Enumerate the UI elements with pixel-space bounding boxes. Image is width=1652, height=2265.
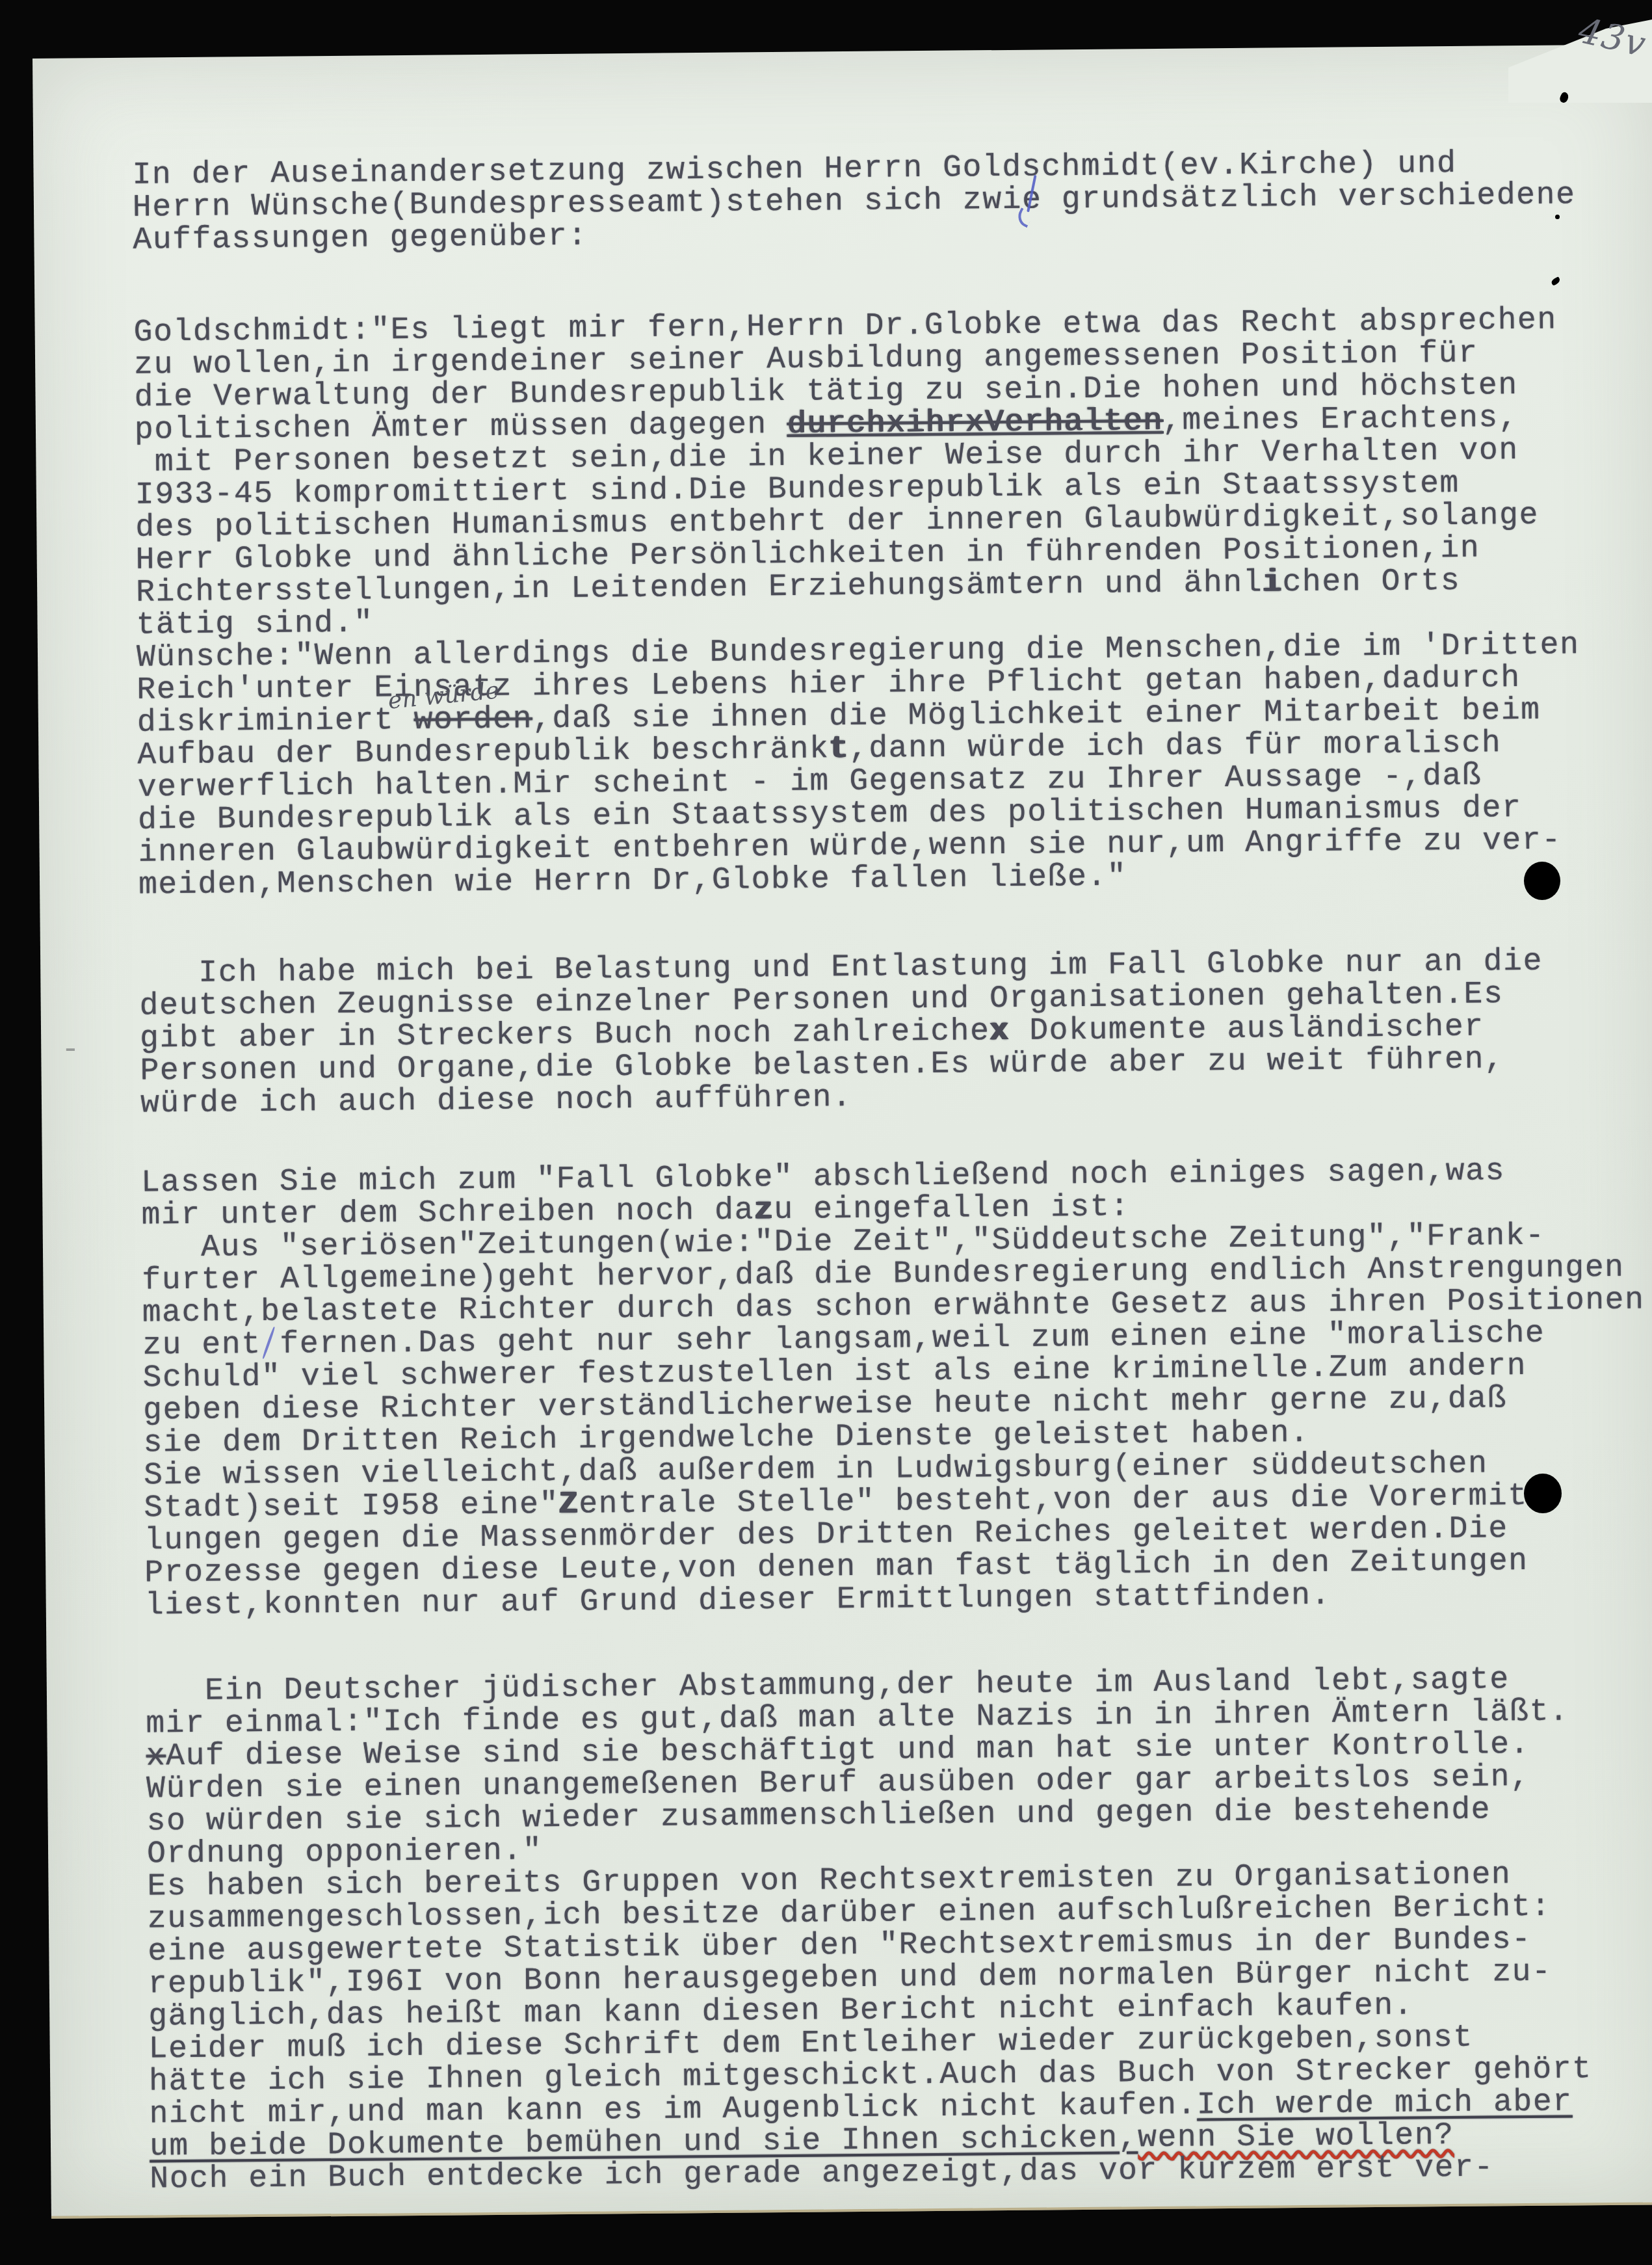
text-segment-strike: x xyxy=(146,1739,166,1774)
document-page: In der Auseinandersetzung zwischen Herrn… xyxy=(33,44,1652,2219)
paragraph-schlussteil: Ein Deutscher jüdischer Abstammung,der h… xyxy=(146,1662,1652,2195)
text-segment: tätig sind." xyxy=(136,605,373,642)
paragraph-fall-globke-abschluss: Lassen Sie mich zum "Fall Globke" abschl… xyxy=(141,1154,1652,1622)
text-segment-strike: wordenen würde xyxy=(413,702,532,738)
text-segment: zu ent xyxy=(142,1327,261,1364)
text-segment-smudge: i xyxy=(1263,565,1283,600)
text-segment-smudge: z xyxy=(754,1193,774,1228)
text-segment: chen Orts xyxy=(1282,564,1460,600)
text-segment: grundsätzlich verschiedene xyxy=(1042,178,1575,217)
document-text: In der Auseinandersetzung zwischen Herrn… xyxy=(132,146,1652,2195)
text-segment-bluemark: e xyxy=(1022,182,1042,217)
scan-background: { "page": { "number": "43v", "ink_color"… xyxy=(0,0,1652,2265)
paragraph-goldschmidt-quote: Goldschmidt:"Es liegt mir fern,Herrn Dr.… xyxy=(133,303,1652,641)
text-segment-smudge: x xyxy=(990,1014,1010,1049)
punch-hole-icon xyxy=(1524,1474,1562,1513)
text-segment: würde ich auch diese noch aufführen. xyxy=(140,1080,852,1122)
margin-pencil-tick: - xyxy=(61,1033,80,1068)
text-segment: diskriminiert xyxy=(137,703,414,741)
text-segment-redwavy: wenn Sie wollen? xyxy=(1138,2118,1454,2156)
paragraph-wuensche-quote: Wünsche:"Wenn allerdings die Bundesregie… xyxy=(137,628,1652,901)
text-segment: Auffassungen gegenüber: xyxy=(133,219,588,258)
paragraph-intro: In der Auseinandersetzung zwischen Herrn… xyxy=(132,146,1651,256)
text-segment-bluejoin xyxy=(261,1329,280,1361)
punch-hole-icon xyxy=(1524,862,1560,900)
text-segment-smudge: Z xyxy=(559,1487,579,1522)
ink-speck xyxy=(1555,215,1560,219)
text-segment-smudge: t xyxy=(829,732,849,767)
paragraph-zeugnisse: Ich habe mich bei Belastung und Entlastu… xyxy=(139,944,1652,1120)
text-segment-underline: Ich werde mich aber xyxy=(1197,2084,1573,2123)
